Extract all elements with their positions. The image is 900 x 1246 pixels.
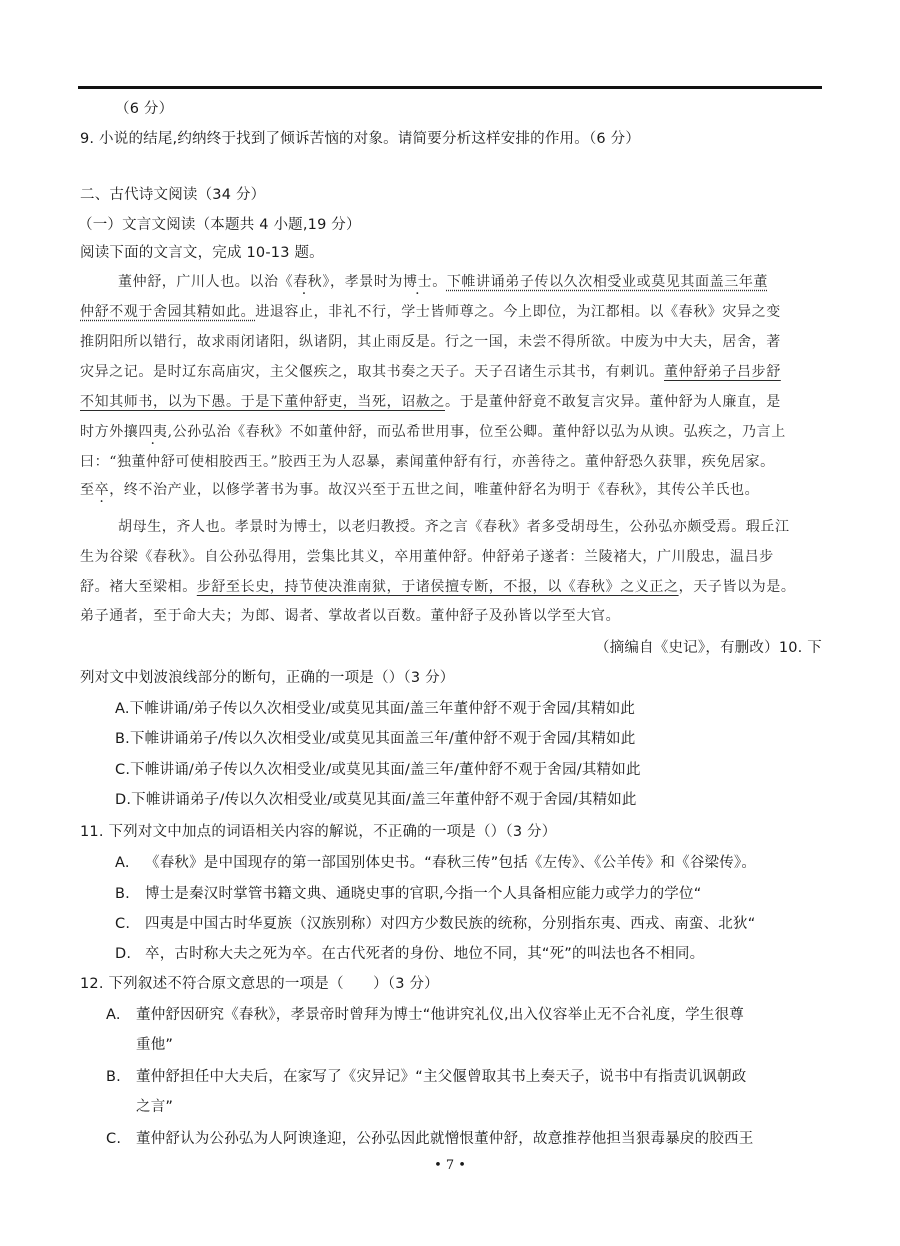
option-text: 卒，古时称大夫之死为卒。在古代死者的身份、地位不同，其“死”的叫法也各不相同。 xyxy=(145,946,704,962)
question-9: 9. 小说的结尾,约纳终于找到了倾诉苦恼的对象。请简要分析这样安排的作用。（6 … xyxy=(80,127,640,148)
dotted-term-boshi: 博士 xyxy=(403,274,432,290)
option-text: 董仲舒因研究《春秋》，孝景帝时曾拜为博士“他讲究礼仪,出入仪容举止无不合礼度，学… xyxy=(136,1007,744,1023)
passage-p1-line8: 至卒，终不治产业，以修学著书为事。故汉兴至于五世之间，唯董仲舒名为明于《春秋》，… xyxy=(80,479,759,499)
q10-option-a: A.下帷讲诵/弟子传以久次相受业/或莫见其面/盖三年董仲舒不观于舍园/其精如此 xyxy=(115,697,635,718)
text: ,公孙弘治《春秋》不如董仲舒，而弘希世用事，位至公卿。董仲舒以弘为从谀。弘疾之，… xyxy=(168,424,786,440)
passage-source: （摘编自《史记》，有删改）10. 下 xyxy=(595,636,822,657)
q10-stem: 列对文中划波浪线部分的断句，正确的一项是（）（3 分） xyxy=(80,666,454,687)
text: ，孝景时为 xyxy=(330,274,403,290)
option-text: 博士是秦汉时掌管书籍文典、通晓史事的官职,今指一个人具备相应能力或学力的学位“ xyxy=(145,886,701,902)
q12-option-c: C.董仲舒认为公孙弘为人阿谀逢迎，公孙弘因此就憎恨董仲舒，故意推荐他担当狠毒暴戾… xyxy=(106,1127,753,1148)
text: 。 xyxy=(432,274,447,290)
q12-option-b: B.董仲舒担任中大夫后，在家写了《灾异记》“主父偃曾取其书上奏天子，说书中有指责… xyxy=(106,1065,746,1086)
text: 舒。褚大至梁相。 xyxy=(80,579,197,595)
q10-option-c: C.下帷讲诵/弟子传以久次相受业/或莫见其面/盖三年/董仲舒不观于舍园/其精如此 xyxy=(115,758,641,779)
option-label: D. xyxy=(115,946,145,962)
subsection-title: （一）文言文阅读（本题共 4 小题,19 分） xyxy=(78,213,361,234)
passage-p1-line1: 董仲舒，广川人也。以治《春秋》，孝景时为博士。下帷讲诵弟子传以久次相受业或莫见其… xyxy=(118,271,768,291)
q11-option-b: B.博士是秦汉时掌管书籍文典、通晓史事的官职,今指一个人具备相应能力或学力的学位… xyxy=(115,882,701,903)
text: 灾异之记。是时辽东高庙灾，主父偃疾之，取其书奏之天子。天子召诸生示其书，有刺讥。 xyxy=(80,364,664,380)
q11-stem: 11. 下列对文中加点的词语相关内容的解说，不正确的一项是（）（3 分） xyxy=(80,820,556,841)
underlined-text: 步舒至长史，持节使决淮南狱，于诸侯擅专断，不报，以《春秋》之义正之 xyxy=(197,579,679,595)
underlined-text: 董仲舒弟子吕步舒 xyxy=(664,364,781,380)
passage-p2-line4: 弟子通者，至于命大夫；为郎、谒者、掌故者以百数。董仲舒子及孙皆以学至大官。 xyxy=(80,605,620,625)
option-text: 董仲舒担任中大夫后，在家写了《灾异记》“主父偃曾取其书上奏天子，说书中有指责讥讽… xyxy=(136,1069,746,1085)
instruction: 阅读下面的文言文，完成 10-13 题。 xyxy=(80,241,324,262)
option-label: B. xyxy=(106,1069,136,1085)
page-number: • 7 • xyxy=(0,1158,900,1173)
passage-p2-line2: 生为谷梁《春秋》。自公孙弘得用，尝集比其义，卒用董仲舒。仲舒弟子遂者：兰陵褚大，… xyxy=(80,546,774,566)
q8-score: （6 分） xyxy=(115,97,173,118)
text: 进退容止，非礼不行，学士皆师尊之。今上即位，为江都相。以《春秋》灾异之变 xyxy=(255,304,781,320)
wavy-underlined-text: 仲舒不观于舍园其精如此。 xyxy=(80,304,255,320)
dotted-term-siyi: 四夷 xyxy=(138,424,167,440)
passage-p1-line2: 仲舒不观于舍园其精如此。进退容止，非礼不行，学士皆师尊之。今上即位，为江都相。以… xyxy=(80,301,781,321)
option-label: A. xyxy=(106,1007,136,1023)
passage-p1-line4: 灾异之记。是时辽东高庙灾，主父偃疾之，取其书奏之天子。天子召诸生示其书，有刺讥。… xyxy=(80,361,781,381)
option-label: C. xyxy=(115,916,145,932)
text: ，终不治产业，以修学著书为事。故汉兴至于五世之间，唯董仲舒名为明于《春秋》，其传… xyxy=(109,482,759,498)
dotted-term-chunqiu: 《春秋》 xyxy=(279,274,330,290)
text: 。于是董仲舒竟不敢复言灾异。董仲舒为人廉直，是 xyxy=(445,394,781,410)
q12-option-b-cont: 之言” xyxy=(136,1095,173,1116)
option-text: 董仲舒认为公孙弘为人阿谀逢迎，公孙弘因此就憎恨董仲舒，故意推荐他担当狠毒暴戾的胶… xyxy=(136,1131,753,1147)
q12-stem: 12. 下列叙述不符合原文意思的一项是（ ）（3 分） xyxy=(80,972,439,993)
option-text: 四夷是中国古时华夏族（汉族别称）对四方少数民族的统称，分别指东夷、西戎、南蛮、北… xyxy=(145,916,755,932)
passage-p1-line7: 曰：“独董仲舒可使相胶西王。”胶西王为人忍暴，素闻董仲舒有行，亦善待之。董仲舒恐… xyxy=(80,451,775,471)
q11-option-a: A.《春秋》是中国现存的第一部国别体史书。“春秋三传”包括《左传》、《公羊传》和… xyxy=(115,851,756,872)
q12-option-a: A.董仲舒因研究《春秋》，孝景帝时曾拜为博士“他讲究礼仪,出入仪容举止无不合礼度… xyxy=(106,1003,744,1024)
option-label: C. xyxy=(106,1131,136,1147)
text: 时方外攘 xyxy=(80,424,138,440)
wavy-underlined-text: 下帷讲诵弟子传以久次相受业或莫见其面盖三年董 xyxy=(447,274,768,290)
option-label: B. xyxy=(115,886,145,902)
passage-p2-line3: 舒。褚大至梁相。步舒至长史，持节使决淮南狱，于诸侯擅专断，不报，以《春秋》之义正… xyxy=(80,576,795,596)
underlined-text: 不知其师书，以为下愚。于是下董仲舒吏，当死，诏赦之 xyxy=(80,394,445,410)
option-text: 《春秋》是中国现存的第一部国别体史书。“春秋三传”包括《左传》、《公羊传》和《谷… xyxy=(145,855,756,871)
passage-p1-line5: 不知其师书，以为下愚。于是下董仲舒吏，当死，诏赦之。于是董仲舒竟不敢复言灾异。董… xyxy=(80,391,781,411)
passage-p1-line6: 时方外攘四夷,公孙弘治《春秋》不如董仲舒，而弘希世用事，位至公卿。董仲舒以弘为从… xyxy=(80,421,786,441)
text: 至 xyxy=(80,482,95,498)
option-label: A. xyxy=(115,855,145,871)
passage-p2-line1: 胡母生，齐人也。孝景时为博士，以老归教授。齐之言《春秋》者多受胡母生，公孙弘亦颇… xyxy=(118,516,790,536)
header-rule xyxy=(78,86,822,89)
q10-option-b: B.下帷讲诵弟子/传以久次相受业/或莫见其面盖三年/董仲舒不观于舍园/其精如此 xyxy=(115,727,635,748)
q12-option-a-cont: 重他” xyxy=(136,1033,173,1054)
text: ，天子皆以为是。 xyxy=(679,579,796,595)
passage-p1-line3: 推阴阳所以错行，故求雨闭诸阳，纵诸阴，其止雨反是。行之一国，未尝不得所欲。中废为… xyxy=(80,331,781,351)
q11-option-c: C.四夷是中国古时华夏族（汉族别称）对四方少数民族的统称，分别指东夷、西戎、南蛮… xyxy=(115,912,755,933)
q10-option-d: D.下帷讲诵弟子/传以久次相受业/或莫见其面/盖三年董仲舒不观于舍园/其精如此 xyxy=(115,788,637,809)
text: 董仲舒，广川人也。以治 xyxy=(118,274,279,290)
q11-option-d: D.卒，古时称大夫之死为卒。在古代死者的身份、地位不同，其“死”的叫法也各不相同… xyxy=(115,942,704,963)
section-title: 二、古代诗文阅读（34 分） xyxy=(80,183,265,204)
dotted-term-zu: 卒 xyxy=(95,482,110,498)
